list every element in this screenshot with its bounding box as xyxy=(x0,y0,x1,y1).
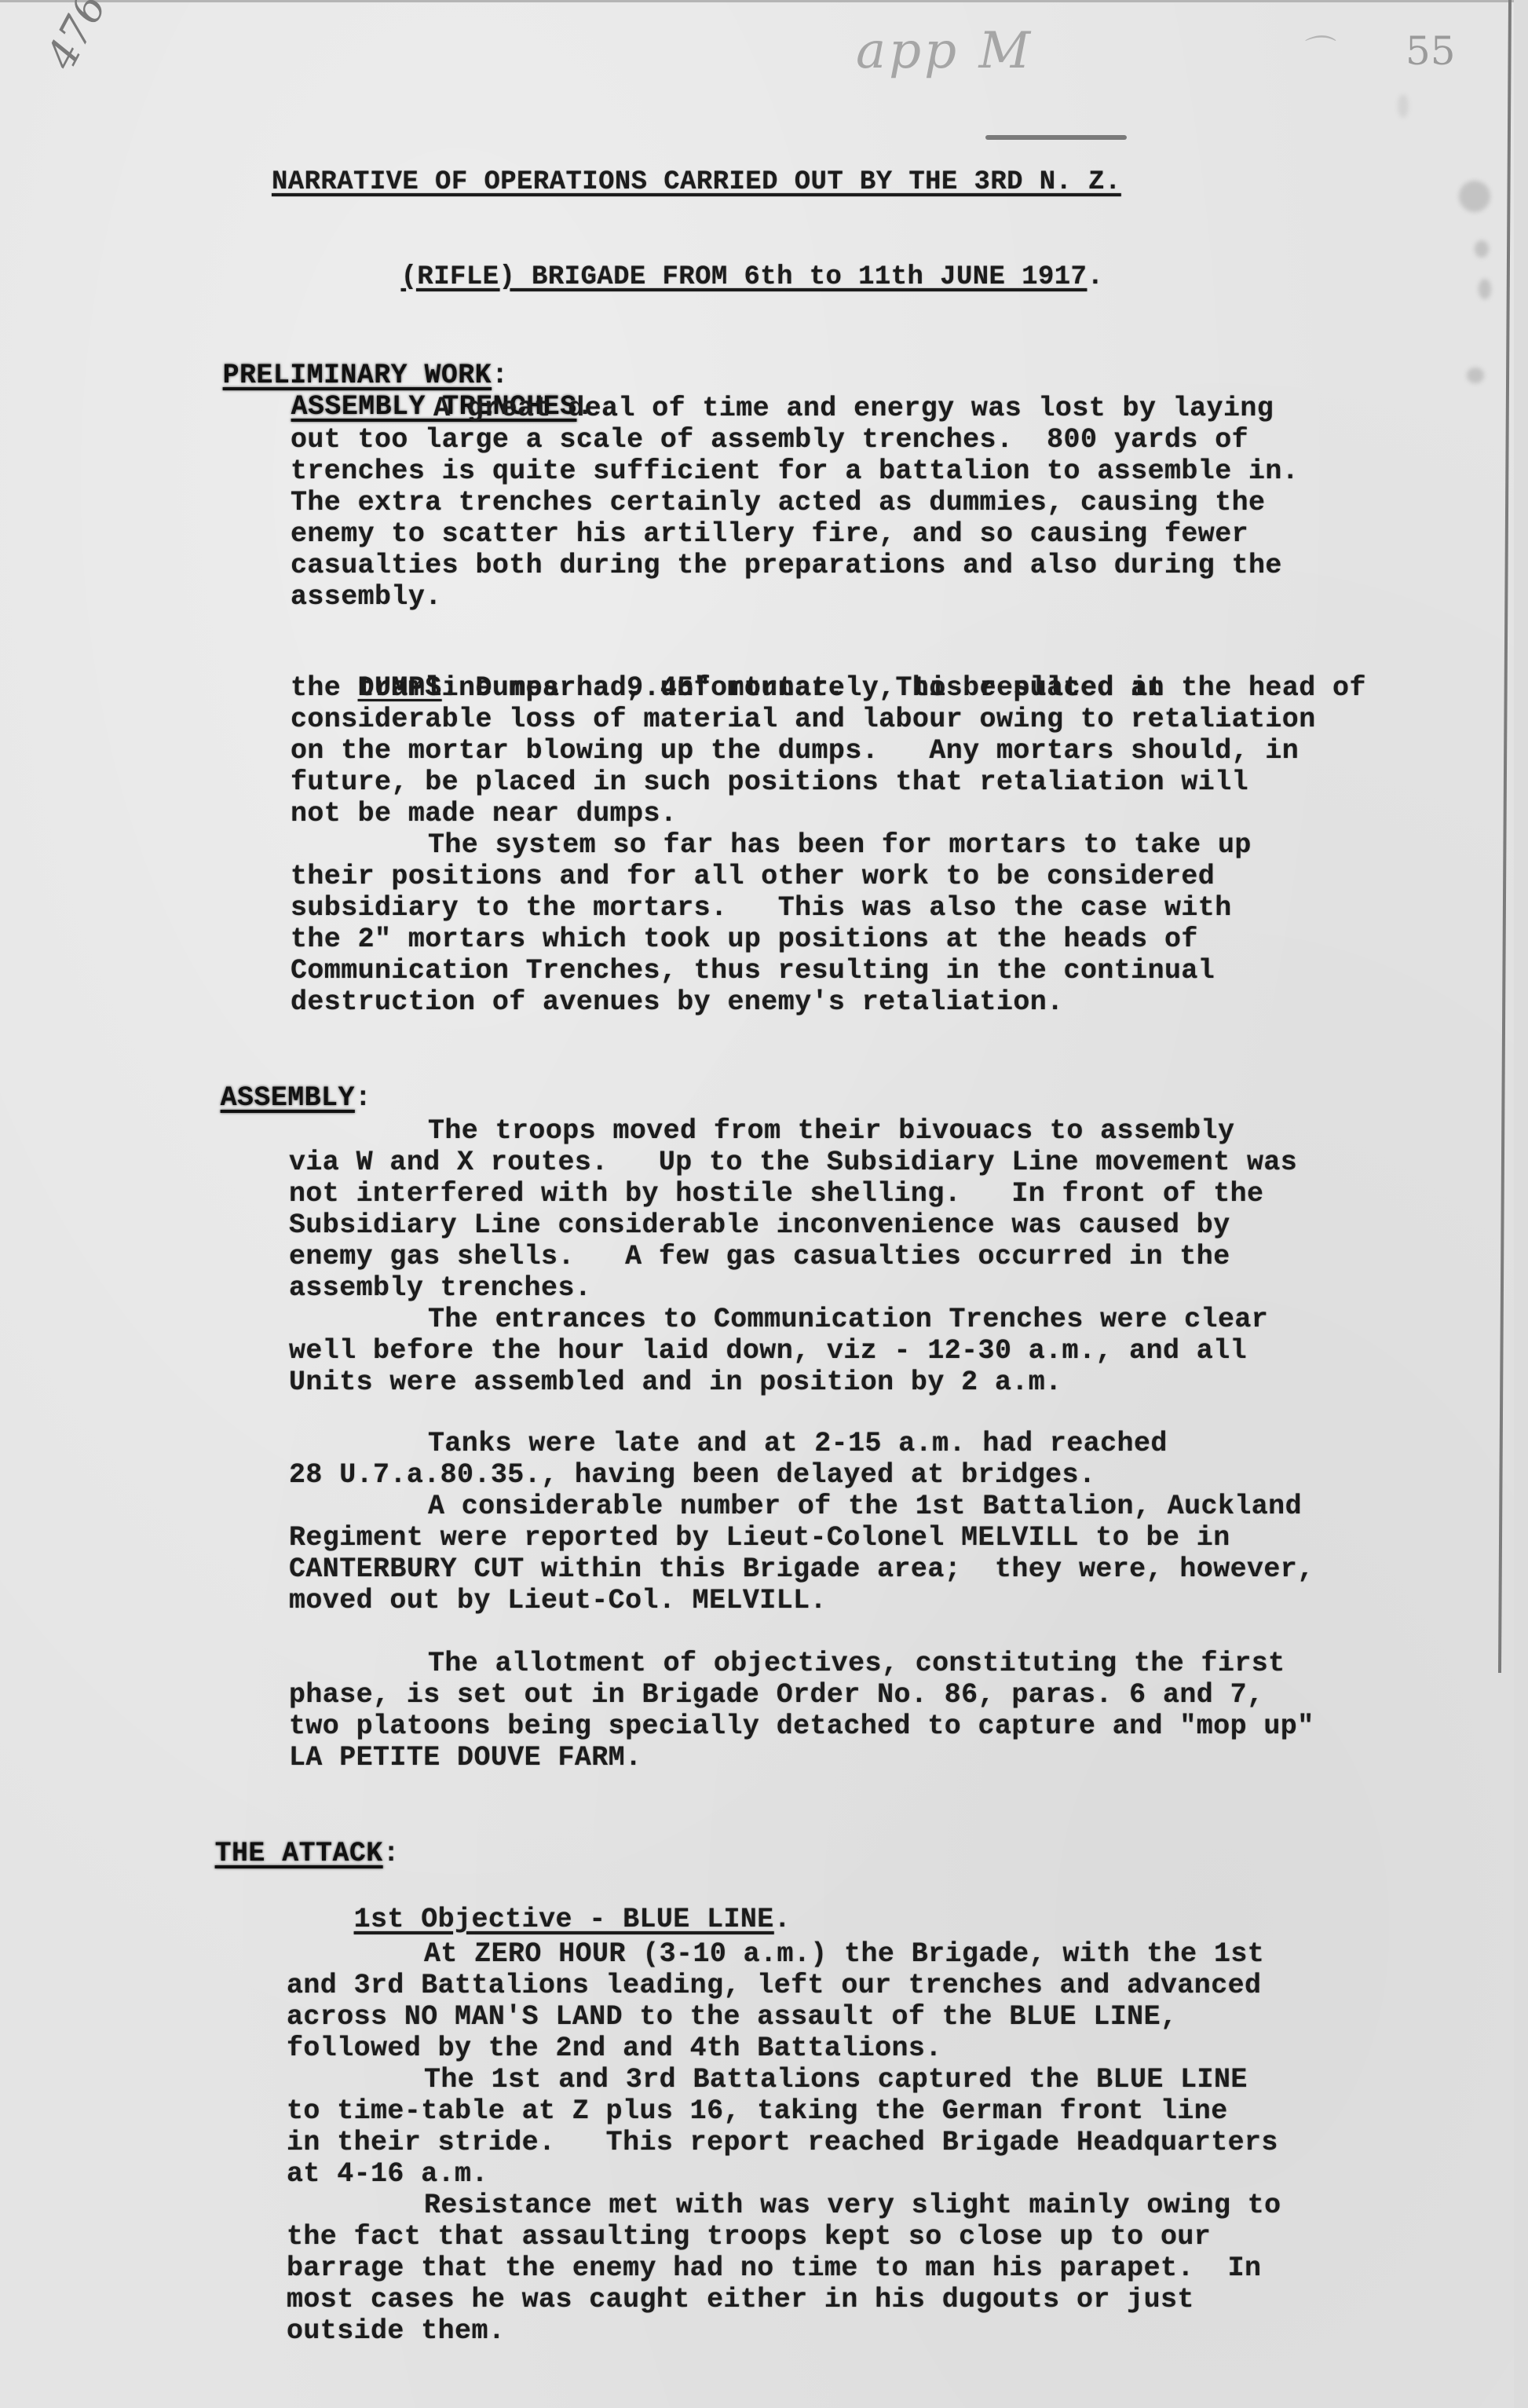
paragraph-line: in their stride. This report reached Bri… xyxy=(287,2127,1278,2158)
paragraph-line: assembly trenches. xyxy=(289,1272,591,1304)
paragraph-line: two platoons being specially detached to… xyxy=(289,1711,1314,1742)
document-title-line-2: (RIFLE) BRIGADE FROM 6th to 11th JUNE 19… xyxy=(401,262,1088,292)
paragraph-line: the tramline near a 9.45" mortar. This r… xyxy=(291,672,1164,704)
document-title-period: . xyxy=(1087,261,1103,292)
paragraph-line: The troops moved from their bivouacs to … xyxy=(428,1115,1234,1147)
objective-heading-period: . xyxy=(774,1904,791,1935)
stain-spot xyxy=(1475,240,1489,258)
stain-spot xyxy=(1479,279,1491,299)
heading-colon: : xyxy=(355,1082,371,1114)
paragraph-line: trenches is quite sufficient for a batta… xyxy=(291,456,1299,487)
paragraph-line: outside them. xyxy=(287,2315,505,2347)
handwritten-page-number: 55 xyxy=(1406,28,1456,74)
paragraph-line: 28 U.7.a.80.35., having been delayed at … xyxy=(289,1459,1095,1491)
document-title-line-1: NARRATIVE OF OPERATIONS CARRIED OUT BY T… xyxy=(272,167,1121,198)
stain-spot xyxy=(1459,181,1490,212)
paragraph-line: and 3rd Battalions leading, left our tre… xyxy=(287,1970,1261,2001)
page-right-rule-line xyxy=(1498,0,1512,1673)
heading-colon: : xyxy=(383,1838,400,1869)
ink-stroke-mark xyxy=(985,135,1127,140)
paragraph-line: out too large a scale of assembly trench… xyxy=(291,424,1248,456)
paragraph-line: at 4-16 a.m. xyxy=(287,2158,488,2190)
paragraph-line: The entrances to Communication Trenches … xyxy=(428,1304,1268,1335)
paragraph-line: casualties both during the preparations … xyxy=(291,550,1282,581)
paragraph-line: well before the hour laid down, viz - 12… xyxy=(289,1335,1247,1367)
stain-spot xyxy=(1398,94,1409,118)
paragraph-line: The system so far has been for mortars t… xyxy=(428,829,1252,861)
paragraph-line: LA PETITE DOUVE FARM. xyxy=(289,1742,642,1773)
paragraph-line: Regiment were reported by Lieut-Colonel … xyxy=(289,1522,1230,1553)
paragraph-line: assembly. xyxy=(291,581,442,613)
paragraph-line: A great deal of time and energy was lost… xyxy=(433,393,1274,424)
paragraph-line: the fact that assaulting troops kept so … xyxy=(287,2221,1211,2252)
section-heading-the-attack: THE ATTACK xyxy=(215,1838,383,1869)
paragraph-line: The allotment of objectives, constitutin… xyxy=(428,1648,1285,1679)
paragraph-line: followed by the 2nd and 4th Battalions. xyxy=(287,2033,942,2064)
paragraph-line: on the mortar blowing up the dumps. Any … xyxy=(291,735,1299,767)
paragraph-line: to time-table at Z plus 16, taking the G… xyxy=(287,2095,1228,2127)
handwritten-folio-number: 476 xyxy=(38,0,116,77)
section-heading-assembly-wrapper: ASSEMBLY: xyxy=(153,1051,371,1145)
handwritten-appendix-mark: app M xyxy=(856,22,1033,80)
paragraph-line: enemy gas shells. A few gas casualties o… xyxy=(289,1241,1230,1272)
paragraph-line: CANTERBURY CUT within this Brigade area;… xyxy=(289,1553,1314,1585)
paragraph-line: At ZERO HOUR (3-10 a.m.) the Brigade, wi… xyxy=(424,1938,1264,1970)
section-heading-assembly: ASSEMBLY xyxy=(221,1082,355,1114)
objective-heading-blue-line: 1st Objective - BLUE LINE xyxy=(354,1904,774,1935)
paragraph-line: the 2" mortars which took up positions a… xyxy=(291,924,1198,955)
document-page: 476 app M ⌒ 55 NARRATIVE OF OPERATIONS C… xyxy=(0,0,1528,2408)
paragraph-line: Subsidiary Line considerable inconvenien… xyxy=(289,1209,1230,1241)
paragraph-line: destruction of avenues by enemy's retali… xyxy=(291,986,1064,1018)
paragraph-line: The extra trenches certainly acted as du… xyxy=(291,487,1265,518)
paragraph-line: most cases he was caught either in his d… xyxy=(287,2284,1194,2315)
stain-spot xyxy=(1467,368,1484,383)
paragraph-line: considerable loss of material and labour… xyxy=(291,704,1316,735)
handwritten-pencil-mark: ⌒ xyxy=(1300,27,1331,71)
paragraph-line: phase, is set out in Brigade Order No. 8… xyxy=(289,1679,1263,1711)
paragraph-line: A considerable number of the 1st Battali… xyxy=(428,1491,1302,1522)
paragraph-line: their positions and for all other work t… xyxy=(291,861,1215,892)
paragraph-line: via W and X routes. Up to the Subsidiary… xyxy=(289,1147,1297,1178)
paragraph-line: The 1st and 3rd Battalions captured the … xyxy=(424,2064,1248,2095)
paragraph-line: not be made near dumps. xyxy=(291,798,677,829)
paragraph-line: across NO MAN'S LAND to the assault of t… xyxy=(287,2001,1177,2033)
paragraph-line: Resistance met with was very slight main… xyxy=(424,2190,1281,2221)
page-right-margin-strip xyxy=(1514,0,1528,2408)
paragraph-line: barrage that the enemy had no time to ma… xyxy=(287,2252,1261,2284)
document-title-line-2-wrapper: (RIFLE) BRIGADE FROM 6th to 11th JUNE 19… xyxy=(334,229,1104,324)
paragraph-line: future, be placed in such positions that… xyxy=(291,767,1248,798)
paragraph-line: Communication Trenches, thus resulting i… xyxy=(291,955,1215,986)
paragraph-line: subsidiary to the mortars. This was also… xyxy=(291,892,1232,924)
paragraph-line: Tanks were late and at 2-15 a.m. had rea… xyxy=(428,1428,1168,1459)
page-top-edge xyxy=(0,0,1528,2)
paragraph-line: enemy to scatter his artillery fire, and… xyxy=(291,518,1248,550)
paragraph-line: Units were assembled and in position by … xyxy=(289,1367,1062,1398)
paragraph-line: moved out by Lieut-Col. MELVILL. xyxy=(289,1585,827,1616)
paragraph-line: not interfered with by hostile shelling.… xyxy=(289,1178,1263,1209)
